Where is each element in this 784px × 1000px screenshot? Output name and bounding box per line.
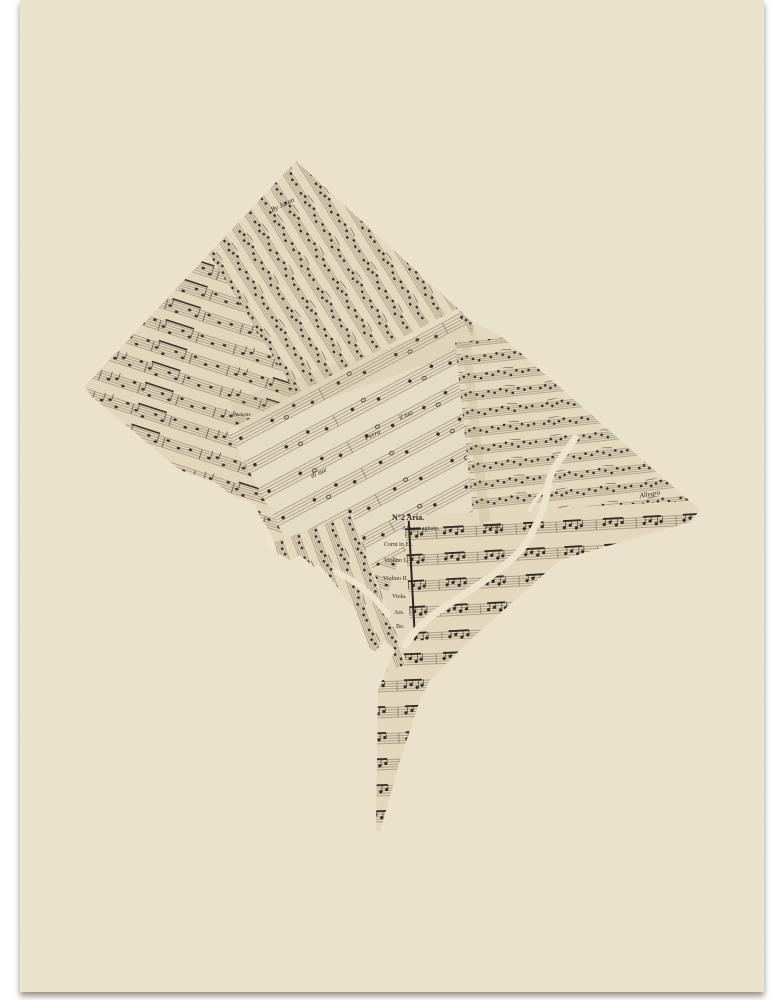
sheet-text-instr-2: Violino I.	[384, 558, 407, 564]
sheet-text-instr-5: Ars.	[394, 610, 405, 616]
sheet-text-tempo: Allegro agitato.	[402, 526, 440, 532]
dc-map-shape: By Jaron N°2 Aria. Allegro agitato. Corn…	[0, 83, 740, 860]
sheet-text-lyric-6: Andante	[233, 413, 251, 418]
dc-map-artwork: By Jaron N°2 Aria. Allegro agitato. Corn…	[0, 0, 784, 1000]
sheet-text-instr-3: Violino II.	[383, 576, 408, 582]
sheet-text-instr-4: Viola.	[392, 594, 407, 600]
sheet-text-instr-6: Bo.	[396, 624, 405, 630]
sheet-text-lyric-4: Largo	[485, 524, 500, 530]
sheet-text-instr-1: Corni in Es.	[384, 542, 413, 548]
sheet-text-aria: N°2 Aria.	[392, 513, 424, 522]
